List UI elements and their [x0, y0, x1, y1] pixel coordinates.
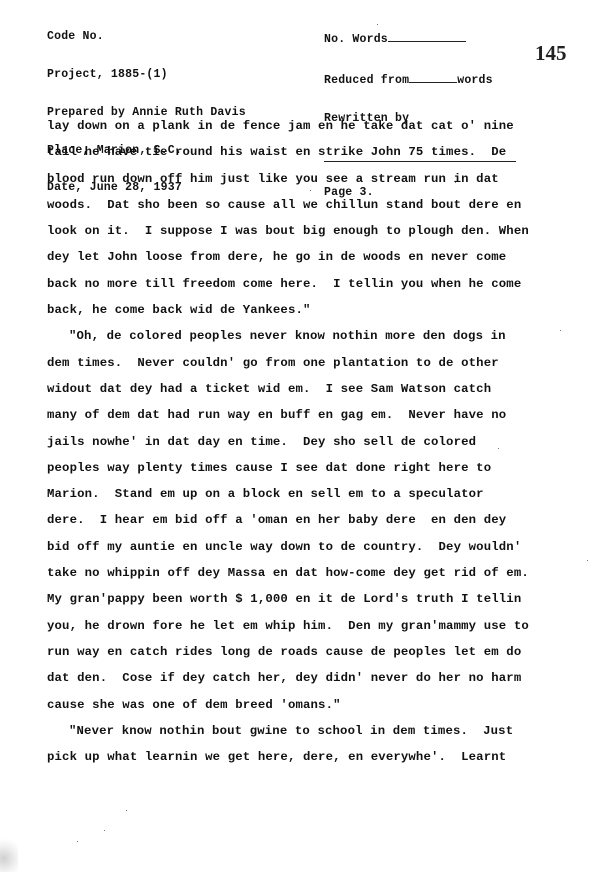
transcript-line: many of dem dat had run way en buff en g…	[47, 402, 592, 428]
transcript-line: pick up what learnin we get here, dere, …	[47, 744, 592, 770]
project-field: Project, 1885-(1)	[47, 69, 246, 82]
reduced-from-blank	[409, 72, 457, 83]
transcript-line: My gran'pappy been worth $ 1,000 en it d…	[47, 586, 592, 612]
scan-speck	[377, 24, 378, 25]
transcript-line: bid off my auntie en uncle way down to d…	[47, 534, 592, 560]
transcript-line: woods. Dat sho been so cause all we chil…	[47, 192, 592, 218]
transcript-line: jails nowhe' in dat day en time. Dey sho…	[47, 429, 592, 455]
scan-speck	[455, 182, 456, 183]
transcript-line: dat den. Cose if dey catch her, dey didn…	[47, 665, 592, 691]
reduced-from-label: Reduced from	[324, 74, 409, 87]
scan-speck	[587, 560, 588, 561]
scan-speck	[498, 448, 499, 449]
scan-speck	[104, 830, 105, 831]
transcript-line: tail he have tie round his waist en stri…	[47, 139, 592, 165]
transcript-line: lay down on a plank in de fence jam en h…	[47, 113, 592, 139]
transcript-body: lay down on a plank in de fence jam en h…	[47, 113, 592, 770]
transcript-line: peoples way plenty times cause I see dat…	[47, 455, 592, 481]
transcript-line: Marion. Stand em up on a block en sell e…	[47, 481, 592, 507]
scan-speck	[126, 810, 127, 811]
scan-speck	[77, 841, 78, 842]
transcript-line: run way en catch rides long de roads cau…	[47, 639, 592, 665]
scan-speck	[560, 330, 561, 331]
transcript-line: back no more till freedom come here. I t…	[47, 271, 592, 297]
scan-speck	[310, 190, 311, 191]
stamped-page-number: 145	[535, 41, 567, 66]
no-words-label: No. Words	[324, 33, 388, 46]
transcript-line: blood run down off him just like you see…	[47, 166, 592, 192]
scan-speck	[352, 364, 353, 365]
transcript-line: take no whippin off dey Massa en dat how…	[47, 560, 592, 586]
transcript-line: "Never know nothin bout gwine to school …	[47, 718, 592, 744]
reduced-from-field: Reduced fromwords	[324, 72, 516, 88]
scan-smudge	[0, 838, 18, 872]
transcript-line: widout dat dey had a ticket wid em. I se…	[47, 376, 592, 402]
code-number-field: Code No.	[47, 31, 246, 44]
transcript-line: dem times. Never couldn' go from one pla…	[47, 350, 592, 376]
reduced-from-suffix: words	[457, 74, 493, 87]
transcript-line: back, he come back wid de Yankees."	[47, 297, 592, 323]
transcript-line: "Oh, de colored peoples never know nothi…	[47, 323, 592, 349]
transcript-line: cause she was one of dem breed 'omans."	[47, 692, 592, 718]
transcript-line: you, he drown fore he let em whip him. D…	[47, 613, 592, 639]
transcript-line: look on it. I suppose I was bout big eno…	[47, 218, 592, 244]
transcript-line: dey let John loose from dere, he go in d…	[47, 244, 592, 270]
no-words-field: No. Words	[324, 31, 516, 47]
transcript-line: dere. I hear em bid off a 'oman en her b…	[47, 507, 592, 533]
no-words-blank	[388, 31, 466, 42]
